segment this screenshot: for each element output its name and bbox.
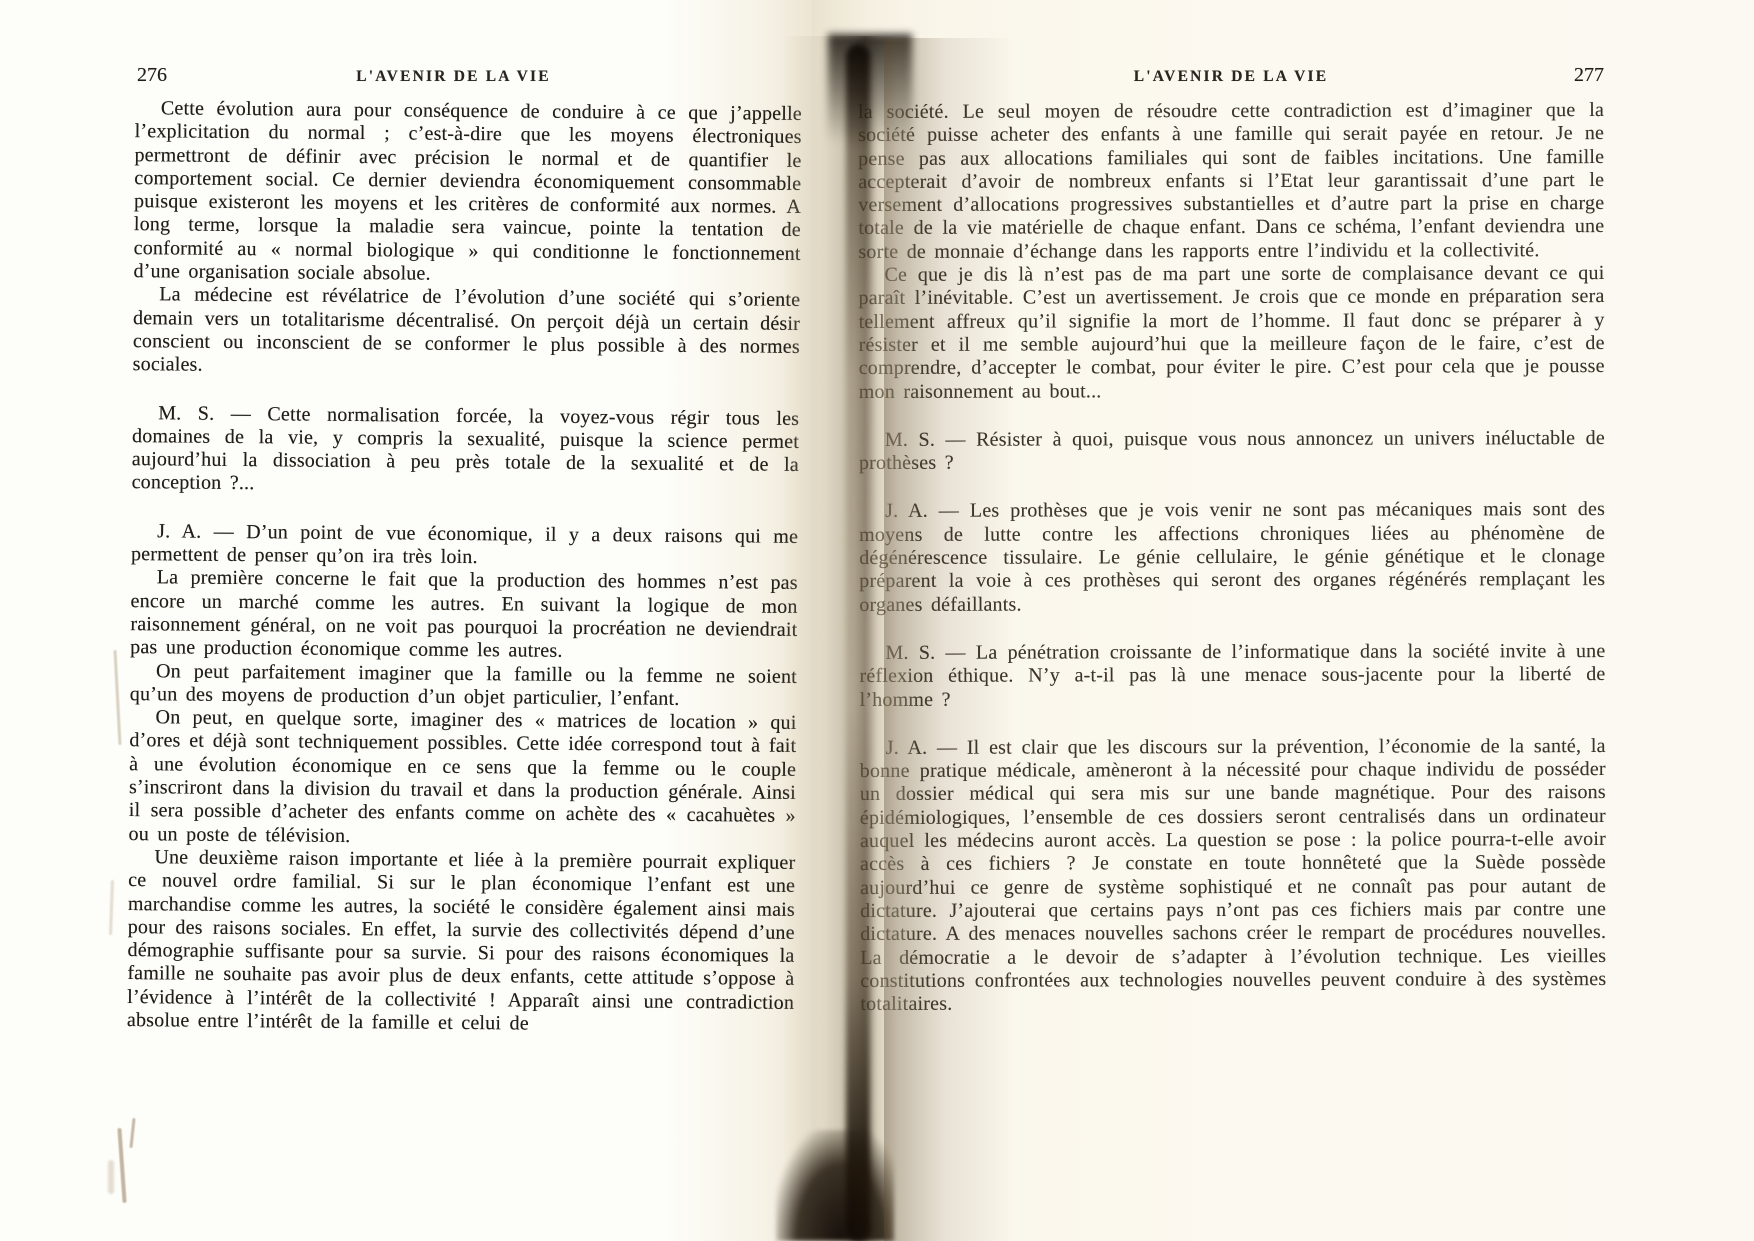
dialogue-paragraph: M. S. — Cette normalisation forcée, la v… [132,402,800,501]
left-running-title: L'AVENIR DE LA VIE [105,68,802,86]
book-scan-spread: 276 L'AVENIR DE LA VIE Cette évolution a… [0,0,1754,1241]
paragraph: Cette évolution aura pour conséquence de… [133,97,802,289]
dialogue-paragraph: J. A. — D’un point de vue économique, il… [131,520,798,572]
dialogue-paragraph: M. S. — La pénétration croissante de l’i… [859,640,1605,712]
right-page-text-column: la société. Le seul moyen de résoudre ce… [858,99,1606,1016]
paragraph: On peut parfaitement imaginer que la fam… [130,660,797,712]
paragraph: La médecine est révélatrice de l’évoluti… [133,283,801,382]
paragraph: La première concerne le fait que la prod… [130,566,798,665]
paragraph: Ce que je dis là n’est pas de ma part un… [858,262,1604,404]
left-running-head: 276 L'AVENIR DE LA VIE [135,64,802,94]
paragraph: On peut, en quelque sorte, imaginer des … [128,706,796,852]
dialogue-paragraph: J. A. — Les prothèses que je vois venir … [859,498,1605,616]
right-running-title: L'AVENIR DE LA VIE [858,68,1604,86]
left-page-text-column: Cette évolution aura pour conséquence de… [127,97,802,1038]
right-page-number: 277 [1574,64,1604,87]
dialogue-paragraph: J. A. — Il est clair que les discours su… [860,735,1607,1017]
paragraph: Une deuxième raison importante et liée à… [127,846,796,1038]
dialogue-paragraph: M. S. — Résister à quoi, puisque vous no… [859,427,1605,476]
paragraph: la société. Le seul moyen de résoudre ce… [858,99,1604,264]
right-running-head: L'AVENIR DE LA VIE 277 [858,64,1604,94]
